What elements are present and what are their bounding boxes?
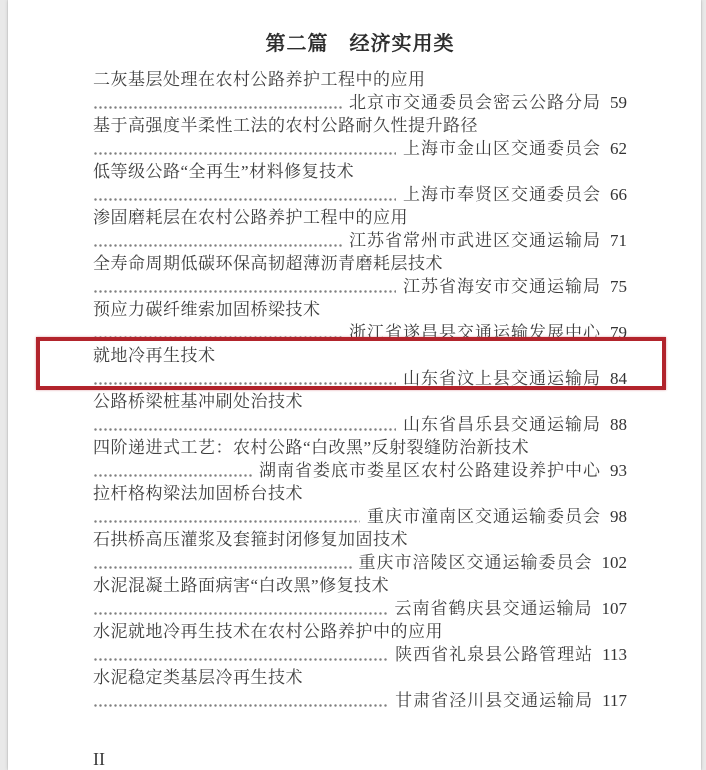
toc-entry: 基于高强度半柔性工法的农村公路耐久性提升路径 上海市金山区交通委员会 62: [93, 114, 627, 160]
page-content: 第二篇 经济实用类 二灰基层处理在农村公路养护工程中的应用 北京市交通委员会密云…: [93, 30, 627, 770]
entry-page-number: 107: [602, 597, 628, 620]
entry-line: 湖南省娄底市娄星区农村公路建设养护中心 93: [93, 459, 627, 482]
entry-line: 云南省鹤庆县交通运输局 107: [93, 597, 627, 620]
entry-page-number: 62: [610, 137, 627, 160]
entry-page-number: 113: [602, 643, 627, 666]
dotted-leader: [93, 551, 352, 574]
entry-title: 水泥就地冷再生技术在农村公路养护中的应用: [93, 620, 627, 643]
toc-entry: 水泥就地冷再生技术在农村公路养护中的应用 陕西省礼泉县公路管理站 113: [93, 620, 627, 666]
toc-entry: 渗固磨耗层在农村公路养护工程中的应用 江苏省常州市武进区交通运输局 71: [93, 206, 627, 252]
entry-page-number: 59: [610, 91, 627, 114]
section-title: 第二篇 经济实用类: [93, 30, 627, 58]
entry-org: 甘肃省泾川县交通运输局: [395, 689, 593, 712]
entry-page-number: 79: [610, 321, 627, 344]
entry-page-number: 75: [610, 275, 627, 298]
entry-title: 公路桥梁桩基冲刷处治技术: [93, 390, 627, 413]
toc-entry: 四阶递进式工艺：农村公路“白改黑”反射裂缝防治新技术 湖南省娄底市娄星区农村公路…: [93, 436, 627, 482]
dotted-leader: [93, 413, 396, 436]
toc-entry: 公路桥梁桩基冲刷处治技术 山东省昌乐县交通运输局 88: [93, 390, 627, 436]
document-page: 第二篇 经济实用类 二灰基层处理在农村公路养护工程中的应用 北京市交通委员会密云…: [8, 0, 701, 770]
dotted-leader: [93, 137, 396, 160]
entry-org: 上海市奉贤区交通委员会: [403, 183, 601, 206]
entry-line: 浙江省遂昌县交通运输发展中心 79: [93, 321, 627, 344]
scanned-page-image: 第二篇 经济实用类 二灰基层处理在农村公路养护工程中的应用 北京市交通委员会密云…: [0, 0, 706, 770]
dotted-leader: [93, 459, 252, 482]
toc-entry: 全寿命周期低碳环保高韧超薄沥青磨耗层技术 江苏省海安市交通运输局 75: [93, 252, 627, 298]
dotted-leader: [93, 183, 396, 206]
dotted-leader: [93, 275, 396, 298]
entry-title: 全寿命周期低碳环保高韧超薄沥青磨耗层技术: [93, 252, 627, 275]
toc-entry: 水泥稳定类基层冷再生技术 甘肃省泾川县交通运输局 117: [93, 666, 627, 712]
entry-page-number: 88: [610, 413, 627, 436]
entry-org: 湖南省娄底市娄星区农村公路建设养护中心: [259, 459, 601, 482]
entry-page-number: 102: [602, 551, 628, 574]
entry-org: 上海市金山区交通委员会: [403, 137, 601, 160]
toc-entry: 拉杆格构梁法加固桥台技术 重庆市潼南区交通运输委员会 98: [93, 482, 627, 528]
entry-title: 水泥混凝土路面病害“白改黑”修复技术: [93, 574, 627, 597]
dotted-leader: [93, 505, 360, 528]
dotted-leader: [93, 229, 342, 252]
toc-entry: 二灰基层处理在农村公路养护工程中的应用 北京市交通委员会密云公路分局 59: [93, 68, 627, 114]
entry-page-number: 93: [610, 459, 627, 482]
entry-org: 山东省昌乐县交通运输局: [403, 413, 601, 436]
entry-page-number: 66: [610, 183, 627, 206]
entry-line: 重庆市涪陵区交通运输委员会 102: [93, 551, 627, 574]
entry-line: 甘肃省泾川县交通运输局 117: [93, 689, 627, 712]
entry-title: 低等级公路“全再生”材料修复技术: [93, 160, 627, 183]
dotted-leader: [93, 367, 396, 390]
entry-page-number: 84: [610, 367, 627, 390]
entry-line: 上海市奉贤区交通委员会 66: [93, 183, 627, 206]
dotted-leader: [93, 597, 388, 620]
entry-org: 江苏省海安市交通运输局: [403, 275, 601, 298]
entry-title: 拉杆格构梁法加固桥台技术: [93, 482, 627, 505]
entry-title: 渗固磨耗层在农村公路养护工程中的应用: [93, 206, 627, 229]
entry-org: 重庆市涪陵区交通运输委员会: [359, 551, 593, 574]
entry-title: 基于高强度半柔性工法的农村公路耐久性提升路径: [93, 114, 627, 137]
entry-line: 上海市金山区交通委员会 62: [93, 137, 627, 160]
entry-title: 二灰基层处理在农村公路养护工程中的应用: [93, 68, 627, 91]
dotted-leader: [93, 689, 388, 712]
toc-entry-highlighted: 就地冷再生技术 山东省汶上县交通运输局 84: [93, 344, 627, 390]
entry-title: 就地冷再生技术: [93, 344, 627, 367]
toc-entry: 预应力碳纤维索加固桥梁技术 浙江省遂昌县交通运输发展中心 79: [93, 298, 627, 344]
entry-line: 山东省昌乐县交通运输局 88: [93, 413, 627, 436]
toc-entry: 石拱桥高压灌浆及套箍封闭修复加固技术 重庆市涪陵区交通运输委员会 102: [93, 528, 627, 574]
entry-org: 江苏省常州市武进区交通运输局: [349, 229, 601, 252]
entry-line: 重庆市潼南区交通运输委员会 98: [93, 505, 627, 528]
toc-entry: 低等级公路“全再生”材料修复技术 上海市奉贤区交通委员会 66: [93, 160, 627, 206]
entry-title: 水泥稳定类基层冷再生技术: [93, 666, 627, 689]
entry-page-number: 71: [610, 229, 627, 252]
entry-org: 重庆市潼南区交通运输委员会: [367, 505, 601, 528]
entry-org: 云南省鹤庆县交通运输局: [395, 597, 593, 620]
toc-entry: 水泥混凝土路面病害“白改黑”修复技术 云南省鹤庆县交通运输局 107: [93, 574, 627, 620]
dotted-leader: [93, 91, 342, 114]
page-footer-number: II: [93, 748, 627, 770]
entry-page-number: 98: [610, 505, 627, 528]
entry-org: 北京市交通委员会密云公路分局: [349, 91, 601, 114]
entry-line: 江苏省海安市交通运输局 75: [93, 275, 627, 298]
entry-line: 陕西省礼泉县公路管理站 113: [93, 643, 627, 666]
entry-org: 陕西省礼泉县公路管理站: [395, 643, 593, 666]
entry-org: 浙江省遂昌县交通运输发展中心: [349, 321, 601, 344]
entry-org: 山东省汶上县交通运输局: [403, 367, 601, 390]
entry-page-number: 117: [602, 689, 627, 712]
entry-line: 北京市交通委员会密云公路分局 59: [93, 91, 627, 114]
entry-title: 四阶递进式工艺：农村公路“白改黑”反射裂缝防治新技术: [93, 436, 627, 459]
entry-title: 石拱桥高压灌浆及套箍封闭修复加固技术: [93, 528, 627, 551]
entry-line: 江苏省常州市武进区交通运输局 71: [93, 229, 627, 252]
entry-title: 预应力碳纤维索加固桥梁技术: [93, 298, 627, 321]
dotted-leader: [93, 643, 388, 666]
dotted-leader: [93, 321, 342, 344]
entry-line: 山东省汶上县交通运输局 84: [93, 367, 627, 390]
toc-list: 二灰基层处理在农村公路养护工程中的应用 北京市交通委员会密云公路分局 59 基于…: [93, 68, 627, 712]
